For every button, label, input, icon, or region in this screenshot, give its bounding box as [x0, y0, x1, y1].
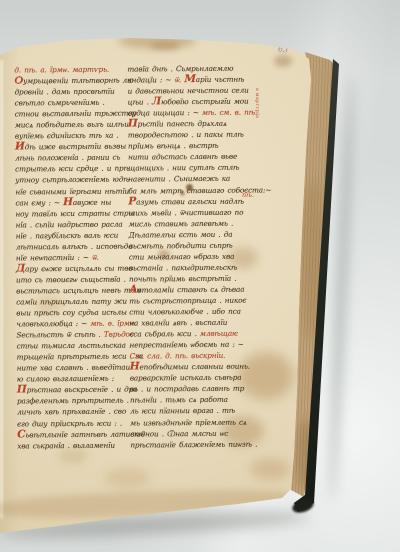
- ink-text: азумь стави агльски надлѣ: [136, 196, 244, 206]
- ink-text: вьстѣтась исцѣлцѣ невѣ тыи: [16, 285, 141, 295]
- ink-text: нагенити . Сьнимаежь ка: [128, 174, 230, 184]
- ink-text: юбовїю сьстрыгїи мои: [161, 97, 249, 107]
- ink-text: цѣи .: [128, 98, 152, 107]
- ink-text: мисль ставимь запевѣмь .: [129, 218, 234, 228]
- text-line: Сьвѣтлынїе затнѣвѣ латискѣ: [17, 428, 145, 440]
- ink-text: сти мьнгалнаго ѡбразь хва: [129, 252, 235, 262]
- text-line: Ѻумрьщвенїи тлѣтворнѣ лю: [14, 74, 142, 86]
- rubric-text: млвѣщаѥ: [200, 329, 238, 338]
- ink-text: дѣ иже вьстрытїи вьзвы: [25, 142, 126, 152]
- text-line: нїе сьваными їерѣами нѣтїи: [15, 185, 143, 197]
- ink-text: шихь мьвїи . ѿчистившаго по: [128, 207, 243, 217]
- ink-text: Дѣлателѣи єсть мои . да: [129, 229, 233, 239]
- text-column-left: д. пѣ. а. їрмѡ. мартѵрь.Ѻумрьщвенїи тлѣт…: [14, 63, 144, 451]
- ink-text: лѣнь положенїа . рании сь: [15, 153, 120, 163]
- ink-text: пѣлнїи . тьмь сѧ работа: [130, 395, 228, 405]
- ink-text: прїимь вѣнцѧ . вьстрѣ: [128, 141, 219, 151]
- ink-text: щанщихь . нии сутлѣ стлѣ: [128, 163, 239, 173]
- ink-text: нїе неѡпастнїи : ~: [16, 253, 92, 263]
- rubric-initial: Д: [16, 262, 25, 274]
- text-line: Идѣ иже вьстрытїи вьзвы: [15, 141, 143, 153]
- ink-text: дровнїи . дамь просвѣтїи: [15, 87, 115, 97]
- ink-text: втоламїи ставнѣ сѧ дѣваа: [137, 285, 244, 295]
- rubric-text: мѣ. см. в. пѣ.: [202, 108, 257, 117]
- rubric-text: Ст. сла. д. пѣ. вьскрнїи.: [130, 351, 226, 361]
- ink-text: трьщенїа прѣтрытель ѥси . за: [17, 352, 144, 362]
- ink-text: нїе сьваными їерѣами нѣтїи: [15, 186, 129, 196]
- ink-text: авуже ны: [73, 197, 111, 206]
- ink-text: ьвѣтлынїе затнѣвѣ латискѣ: [25, 429, 144, 439]
- ink-text: прѣстаанїе блаженїемь пиѡзѣ .: [130, 439, 257, 449]
- rubric-text: д. пѣ. а. їрмѡ. мартѵрь.: [14, 65, 109, 75]
- text-line: хва ськранїа . вьзламенїи: [17, 439, 145, 451]
- rubric-initial: Н: [130, 361, 140, 373]
- rubric-initial: П: [128, 118, 138, 130]
- ink-text: Ѕесѣлѣстѣ ѿ сѣпѣ .: [16, 330, 104, 340]
- ink-text: свѣтло сьмрьченїимь .: [15, 98, 105, 108]
- ink-text: ть сьстрѣстопрѣица . никоє: [129, 296, 246, 306]
- ink-text: умрьщвенїи тлѣтворнѣ лю: [23, 76, 133, 86]
- ink-text: нити адьстась славнѣ вьве: [128, 152, 237, 162]
- rubric-initial: П: [17, 384, 27, 396]
- ink-text: епобѣдимыи славныи воинь.: [139, 362, 250, 372]
- ink-text: ноу тавїль ѥси страты стры: [15, 208, 134, 218]
- ink-text: стнои вьставлѣнїи трьжству: [15, 109, 137, 119]
- ink-text: ю силою вьзглашенїемь :: [17, 374, 114, 384]
- text-line: утноу сьтрѣложенїемь юдѣ: [15, 174, 143, 186]
- ink-text: разфеленѣмь прѣтрытель .: [17, 396, 129, 406]
- rubric-text: ѿ.: [92, 253, 99, 262]
- ink-text: арїи чьстнѣ: [196, 75, 245, 84]
- ink-text: вѣднои . Ѿнаа млсѣи ѡс: [130, 428, 228, 438]
- ink-text: варварсктїе исѣкаль сьвѣра: [130, 373, 242, 383]
- text-line: ито сь твоиєгѡ сьщьствїа .: [16, 273, 144, 285]
- text-line: мисѧ побѣдитель вьзъ шлѣи .: [15, 119, 143, 131]
- rubric-text: ѿ.: [174, 75, 184, 84]
- ink-text: сан єму : ~: [15, 198, 63, 207]
- text-line: ноу тавїль ѥси страты стры: [15, 207, 143, 219]
- rubric-initial: Р: [128, 195, 136, 207]
- ink-text: самїи пѣрицѣлаль пату жи: [16, 297, 127, 307]
- ink-text: стѣи тьмисла льстьльскаа .: [17, 341, 132, 351]
- text-line: ните хва славнѣ . вьведїтаи: [17, 362, 145, 374]
- ink-text: єса сьбраль ѥси .: [129, 329, 200, 339]
- text-column-right: тавїа днѣ . Сьмрьнлаємлюандацїи : ~ ѿ. М…: [127, 62, 273, 450]
- margin-note-vertical: а мартѵрїа: [254, 88, 259, 118]
- ink-text: и давьствьнои нечьстнои сели: [128, 86, 249, 96]
- ink-text: личнѣ хвѣ прѣхвалнїе . сво: [17, 407, 126, 417]
- ink-text: ито сь твоиєгѡ сьщьствїа .: [16, 274, 126, 284]
- ink-text: срдца ищыцаи : ~: [128, 108, 202, 118]
- text-line: Дару єѡже исцѣлѧль сы тво: [16, 262, 144, 274]
- ink-text: тавїа днѣ . Сьмрьнлаємлю: [127, 64, 233, 74]
- ink-text: хва ськранїа . вьзламенїи: [17, 440, 115, 450]
- ink-text: почьть прїимь вьстрѣтїа .: [129, 274, 236, 284]
- ink-text: нїа . сьпїи надрьство расла: [16, 219, 123, 229]
- ink-text: твородесѣтою . и пакы тлѣ: [128, 130, 244, 140]
- ink-text: утноу сьтрѣложенїемь юдѣ: [15, 175, 129, 185]
- ink-text: рѣстнаа вьскрьсенїе . и дра: [27, 385, 138, 395]
- ink-text: ль ѥси пїанныи врага . тѣ: [130, 406, 235, 416]
- ink-text: єго дшу прїискрѣль ѥси : .: [17, 418, 122, 428]
- ink-text: выи прѣсѣ соу судьа исѣлы: [16, 308, 127, 318]
- rubric-initial: Ѻ: [14, 74, 23, 86]
- rubric-initial: И: [15, 141, 25, 153]
- ink-text: рьстїи панесѣ дрѧхлаѧ: [138, 119, 227, 129]
- margin-note-song: пѣ.: [242, 191, 254, 199]
- ink-text: вь . и пострадавь славнѣ тр: [130, 384, 244, 394]
- ink-text: непрестанїемь ѡбоємь на : ~: [130, 340, 244, 350]
- text-line: лѣтнисаль влѣкѣ . исповѣда: [16, 240, 144, 252]
- ink-text: стрытель ѥси срдце . и прѣ: [15, 164, 130, 174]
- ink-text: ару єѡже исцѣлѧль сы тво: [25, 263, 132, 273]
- ink-text: лѣтнисаль влѣкѣ . исповѣда: [16, 241, 133, 251]
- ink-text: чловѣколюбца : ~: [16, 319, 90, 329]
- ink-text: на хвалнїи ѧвѣ . вьспалїи: [129, 318, 227, 328]
- text-line: личнѣ хвѣ прѣхвалнїе . сво: [17, 406, 145, 418]
- ink-text: вьсмѣть побѣдити сьпрѣ: [129, 240, 233, 250]
- manuscript-photo: д. пѣ. а. їрмѡ. мартѵрь.Ѻумрьщвенїи тлѣт…: [0, 0, 400, 552]
- ink-text: мь извѣзднѣнїе прїемлеть сѧ: [130, 417, 247, 427]
- ink-text: вьстанїа . пакыдрительскѣ: [129, 263, 237, 273]
- rubric-initial: М: [184, 73, 196, 85]
- text-line: прѣстаанїе блаженїемь пиѡзѣ .: [130, 438, 273, 450]
- ink-text: сти чловѣколюбче . ибо пса: [129, 307, 241, 317]
- ink-text: мисѧ побѣдитель вьзъ шлѣи .: [15, 120, 134, 130]
- ink-text: вупїемь єдинїискѣ тѣ ха .: [15, 131, 119, 141]
- ink-text: ните хва славнѣ . вьведїтаи: [17, 363, 130, 373]
- text-line: срдца ищыцаи : ~ мѣ. см. в. пѣ.: [128, 107, 271, 119]
- ink-text: андацїи : ~: [127, 75, 174, 84]
- ink-text: нїе . пагубїльскѣ валь ѥси: [16, 230, 119, 240]
